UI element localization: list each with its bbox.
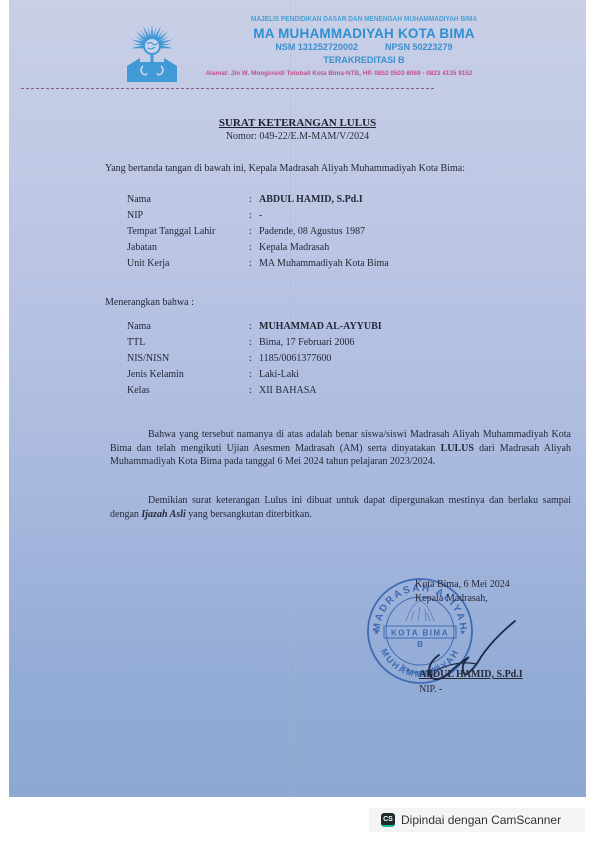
colon: : <box>249 337 252 348</box>
student-name: MUHAMMAD AL-AYYUBI <box>259 321 382 332</box>
signer-nip: - <box>259 210 262 221</box>
field-label: Kelas <box>127 385 150 396</box>
signature-place-date: Kota Bima, 6 Mei 2024 <box>415 579 510 590</box>
field-label: Jabatan <box>127 242 157 253</box>
colon: : <box>249 242 252 253</box>
field-label: NIS/NISN <box>127 353 169 364</box>
field-label: NIP <box>127 210 143 221</box>
colon: : <box>249 385 252 396</box>
field-label: Unit Kerja <box>127 258 170 269</box>
colon: : <box>249 258 252 269</box>
school-address: Alamat: Jln W. Monginsidi Tolobali Kota … <box>129 70 549 77</box>
graduated-status: LULUS <box>441 443 474 454</box>
field-label: Nama <box>127 194 151 205</box>
field-label: Tempat Tanggal Lahir <box>127 226 215 237</box>
camscanner-watermark: CS Dipindai dengan CamScanner <box>369 808 585 832</box>
signer-position: Kepala Madrasah <box>259 242 329 253</box>
organization-name: MAJELIS PENDIDIKAN DASAR DAN MENENGAH MU… <box>211 16 518 23</box>
student-nis: 1185/0061377600 <box>259 353 331 364</box>
signer-birth: Padende, 08 Agustus 1987 <box>259 226 365 237</box>
accreditation-status: TERAKREDITASI B <box>199 55 529 65</box>
signer-signature-nip: NIP. - <box>419 684 442 695</box>
document-number: Nomor: 049-22/E.M-MAM/V/2024 <box>9 131 586 142</box>
closing-paragraph: Demikian surat keterangan Lulus ini dibu… <box>110 494 571 521</box>
camscanner-label: Dipindai dengan CamScanner <box>401 813 561 827</box>
school-ids: NSM 131252720002 NPSN 50223279 <box>199 42 529 52</box>
signer-name: ABDUL HAMID, S.Pd.I <box>259 194 363 205</box>
original-diploma-text: Ijazah Asli <box>141 509 185 520</box>
svg-text:★: ★ <box>374 629 380 636</box>
graduation-paragraph: Bahwa yang tersebut namanya di atas adal… <box>110 428 571 469</box>
declares-text: Menerangkan bahwa : <box>105 297 194 308</box>
signer-signature-name: ABDUL HAMID, S.Pd.I <box>419 669 523 680</box>
colon: : <box>249 353 252 364</box>
field-label: Nama <box>127 321 151 332</box>
colon: : <box>249 194 252 205</box>
colon: : <box>249 321 252 332</box>
school-name: MA MUHAMMADIYAH KOTA BIMA <box>199 26 529 41</box>
camscanner-logo-icon: CS <box>381 813 395 827</box>
colon: : <box>249 210 252 221</box>
student-gender: Laki-Laki <box>259 369 299 380</box>
npsn-number: NPSN 50223279 <box>385 42 453 52</box>
colon: : <box>249 369 252 380</box>
paragraph-text: yang bersangkutan diterbitkan. <box>186 509 312 520</box>
scanned-document-page: MAJELIS PENDIDIKAN DASAR DAN MENENGAH MU… <box>9 0 586 797</box>
letterhead-divider <box>21 88 434 89</box>
student-birth: Bima, 17 Februari 2006 <box>259 337 355 348</box>
field-label: Jenis Kelamin <box>127 369 184 380</box>
nsm-number: NSM 131252720002 <box>275 42 358 52</box>
colon: : <box>249 226 252 237</box>
signer-unit: MA Muhammadiyah Kota Bima <box>259 258 389 269</box>
student-class: XII BAHASA <box>259 385 317 396</box>
document-title: SURAT KETERANGAN LULUS <box>9 117 586 129</box>
intro-text: Yang bertanda tangan di bawah ini, Kepal… <box>105 163 465 174</box>
field-label: TTL <box>127 337 145 348</box>
